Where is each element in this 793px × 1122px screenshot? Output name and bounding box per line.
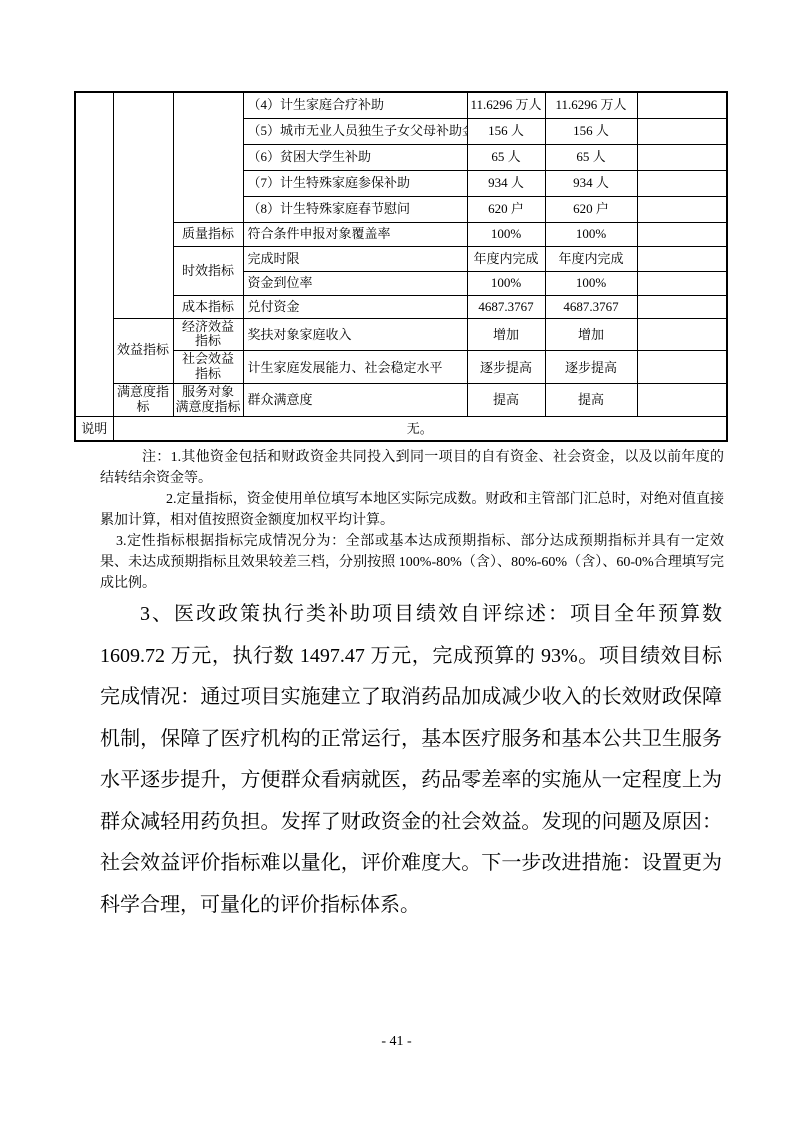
target-value-cell: 逐步提高 bbox=[467, 351, 545, 384]
target-value-cell: 100% bbox=[467, 222, 545, 246]
left-spanner-cell bbox=[75, 92, 113, 417]
note-line: 3.定性指标根据指标完成情况分为：全部或基本达成预期指标、部分达成预期指标并具有… bbox=[100, 531, 724, 594]
target-value-cell: 65 人 bbox=[467, 144, 545, 170]
target-value-cell: 11.6296 万人 bbox=[467, 92, 545, 118]
empty-cell bbox=[637, 246, 727, 271]
table-row: 效益指标 经济效益 指标 奖扶对象家庭收入 增加 增加 bbox=[75, 318, 727, 351]
indicator-name-cell: 符合条件申报对象覆盖率 bbox=[243, 222, 467, 246]
empty-cell bbox=[637, 318, 727, 351]
summary-section: 3、医改政策执行类补助项目绩效自评综述：项目全年预算数 1609.72 万元，执… bbox=[100, 594, 722, 926]
empty-cell bbox=[637, 295, 727, 318]
indicator-name-cell: 资金到位率 bbox=[243, 271, 467, 295]
actual-value-cell: 提高 bbox=[545, 384, 637, 417]
indicator-name-cell: 计生家庭发展能力、社会稳定水平 bbox=[243, 351, 467, 384]
indicator-name-cell: 完成时限 bbox=[243, 246, 467, 271]
actual-value-cell: 年度内完成 bbox=[545, 246, 637, 271]
indicator-name-cell: （7）计生特殊家庭参保补助 bbox=[243, 170, 467, 196]
actual-value-cell: 4687.3767 bbox=[545, 295, 637, 318]
target-value-cell: 4687.3767 bbox=[467, 295, 545, 318]
explanation-value-cell: 无。 bbox=[113, 417, 727, 441]
quantity-group-spanner-cell bbox=[173, 92, 243, 222]
indicator-name-cell: 兑付资金 bbox=[243, 295, 467, 318]
document-page: （4）计生家庭合疗补助 11.6296 万人 11.6296 万人 （5）城市无… bbox=[0, 0, 793, 1122]
target-value-cell: 100% bbox=[467, 271, 545, 295]
performance-table-section: （4）计生家庭合疗补助 11.6296 万人 11.6296 万人 （5）城市无… bbox=[74, 91, 728, 442]
note-line: 注：1.其他资金包括和财政资金共同投入到同一项目的自有资金、社会资金，以及以前年… bbox=[100, 447, 724, 489]
actual-value-cell: 934 人 bbox=[545, 170, 637, 196]
cost-indicator-label-cell: 成本指标 bbox=[173, 295, 243, 318]
satisfaction-group-label-cell: 满意度指标 bbox=[113, 384, 173, 417]
note-line: 2.定量指标，资金使用单位填写本地区实际完成数。财政和主管部门汇总时，对绝对值直… bbox=[100, 489, 724, 531]
empty-cell bbox=[637, 170, 727, 196]
notes-section: 注：1.其他资金包括和财政资金共同投入到同一项目的自有资金、社会资金，以及以前年… bbox=[100, 447, 724, 594]
actual-value-cell: 100% bbox=[545, 271, 637, 295]
actual-value-cell: 620 户 bbox=[545, 196, 637, 222]
performance-table: （4）计生家庭合疗补助 11.6296 万人 11.6296 万人 （5）城市无… bbox=[74, 91, 728, 442]
indicator-name-cell: （4）计生家庭合疗补助 bbox=[243, 92, 467, 118]
empty-cell bbox=[637, 271, 727, 295]
page-number: - 41 - bbox=[381, 1034, 411, 1049]
table-row: （4）计生家庭合疗补助 11.6296 万人 11.6296 万人 bbox=[75, 92, 727, 118]
empty-cell bbox=[637, 196, 727, 222]
timeliness-indicator-label-cell: 时效指标 bbox=[173, 246, 243, 295]
target-value-cell: 提高 bbox=[467, 384, 545, 417]
economic-benefit-label-cell: 经济效益 指标 bbox=[173, 318, 243, 351]
actual-value-cell: 逐步提高 bbox=[545, 351, 637, 384]
summary-paragraph: 3、医改政策执行类补助项目绩效自评综述：项目全年预算数 1609.72 万元，执… bbox=[100, 594, 722, 926]
output-group-spanner-cell bbox=[113, 92, 173, 318]
empty-cell bbox=[637, 351, 727, 384]
indicator-name-cell: 奖扶对象家庭收入 bbox=[243, 318, 467, 351]
target-value-cell: 620 户 bbox=[467, 196, 545, 222]
indicator-name-cell: （5）城市无业人员独生子女父母补助金 bbox=[243, 118, 467, 144]
table-row: 满意度指标 服务对象 满意度指标 群众满意度 提高 提高 bbox=[75, 384, 727, 417]
actual-value-cell: 65 人 bbox=[545, 144, 637, 170]
empty-cell bbox=[637, 144, 727, 170]
benefit-group-label-cell: 效益指标 bbox=[113, 318, 173, 384]
explanation-row: 说明 无。 bbox=[75, 417, 727, 441]
indicator-name-cell: （8）计生特殊家庭春节慰问 bbox=[243, 196, 467, 222]
quality-indicator-label-cell: 质量指标 bbox=[173, 222, 243, 246]
empty-cell bbox=[637, 92, 727, 118]
table-row: 成本指标 兑付资金 4687.3767 4687.3767 bbox=[75, 295, 727, 318]
target-value-cell: 934 人 bbox=[467, 170, 545, 196]
empty-cell bbox=[637, 384, 727, 417]
table-row: 社会效益 指标 计生家庭发展能力、社会稳定水平 逐步提高 逐步提高 bbox=[75, 351, 727, 384]
table-row: 质量指标 符合条件申报对象覆盖率 100% 100% bbox=[75, 222, 727, 246]
social-benefit-label-cell: 社会效益 指标 bbox=[173, 351, 243, 384]
actual-value-cell: 增加 bbox=[545, 318, 637, 351]
page-footer: - 41 - bbox=[0, 1034, 793, 1050]
table-row: 时效指标 完成时限 年度内完成 年度内完成 bbox=[75, 246, 727, 271]
explanation-label-cell: 说明 bbox=[75, 417, 113, 441]
empty-cell bbox=[637, 222, 727, 246]
service-satisfaction-label-cell: 服务对象 满意度指标 bbox=[173, 384, 243, 417]
target-value-cell: 年度内完成 bbox=[467, 246, 545, 271]
target-value-cell: 156 人 bbox=[467, 118, 545, 144]
actual-value-cell: 156 人 bbox=[545, 118, 637, 144]
indicator-name-cell: 群众满意度 bbox=[243, 384, 467, 417]
target-value-cell: 增加 bbox=[467, 318, 545, 351]
actual-value-cell: 11.6296 万人 bbox=[545, 92, 637, 118]
actual-value-cell: 100% bbox=[545, 222, 637, 246]
empty-cell bbox=[637, 118, 727, 144]
indicator-name-cell: （6）贫困大学生补助 bbox=[243, 144, 467, 170]
